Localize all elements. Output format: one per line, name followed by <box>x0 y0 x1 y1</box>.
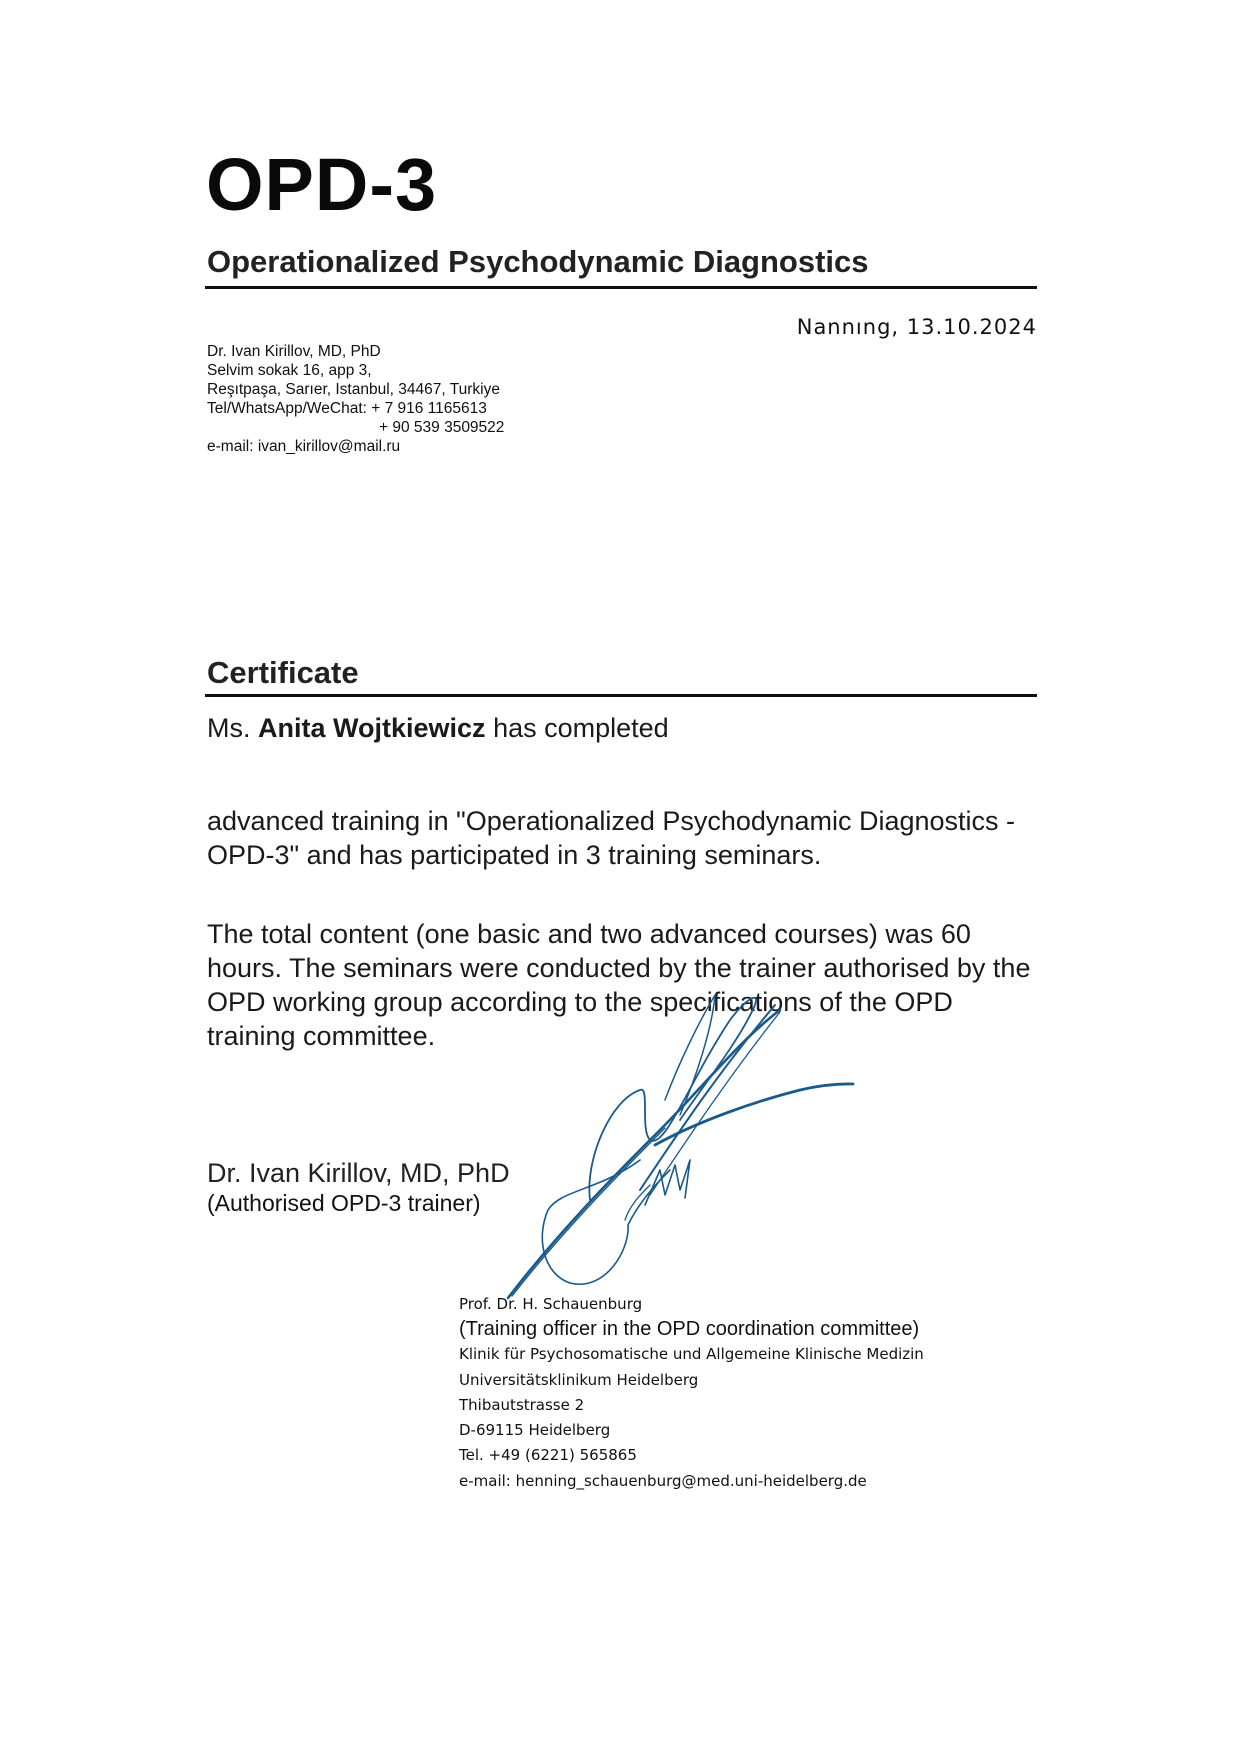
coordinator-email: e-mail: henning_schauenburg@med.uni-heid… <box>459 1469 924 1494</box>
trainer-role: (Authorised OPD-3 trainer) <box>207 1192 481 1215</box>
coordinator-role: (Training officer in the OPD coordinatio… <box>459 1317 924 1342</box>
completed-text: has completed <box>493 713 669 743</box>
content-paragraph: The total content (one basic and two adv… <box>207 917 1047 1053</box>
coordinator-city: D-69115 Heidelberg <box>459 1418 924 1443</box>
sender-city: Reşıtpaşa, Sarıer, Istanbul, 34467, Turk… <box>207 380 504 399</box>
sender-phone: Tel/WhatsApp/WeChat: + 7 916 1165613 <box>207 399 504 418</box>
trainer-name: Dr. Ivan Kirillov, MD, PhD <box>207 1160 510 1187</box>
recipient-name: Anita Wojtkiewicz <box>258 713 486 743</box>
coordinator-phone: Tel. +49 (6221) 565865 <box>459 1443 924 1468</box>
salutation: Ms. <box>207 713 251 743</box>
sender-phone-secondary: + 90 539 3509522 <box>207 418 504 437</box>
certificate-heading: Certificate <box>207 657 359 688</box>
training-paragraph: advanced training in "Operationalized Ps… <box>207 804 1047 872</box>
sender-email: e-mail: ivan_kirillov@mail.ru <box>207 437 504 456</box>
sender-street: Selvim sokak 16, app 3, <box>207 361 504 380</box>
document-title: OPD-3 <box>206 148 437 222</box>
recipient-line: Ms. Anita Wojtkiewicz has completed <box>207 712 669 744</box>
header-divider <box>205 286 1037 289</box>
sender-address-block: Dr. Ivan Kirillov, MD, PhD Selvim sokak … <box>207 342 504 456</box>
coordinator-institution: Universitätsklinikum Heidelberg <box>459 1368 924 1393</box>
coordinator-clinic: Klinik für Psychosomatische und Allgemei… <box>459 1342 924 1367</box>
coordinator-block: Prof. Dr. H. Schauenburg (Training offic… <box>459 1292 924 1494</box>
certificate-divider <box>205 694 1037 697</box>
coordinator-name: Prof. Dr. H. Schauenburg <box>459 1292 924 1317</box>
document-subtitle: Operationalized Psychodynamic Diagnostic… <box>207 246 869 277</box>
sender-name: Dr. Ivan Kirillov, MD, PhD <box>207 342 504 361</box>
coordinator-street: Thibautstrasse 2 <box>459 1393 924 1418</box>
place-date: Nannıng, 13.10.2024 <box>797 317 1037 338</box>
